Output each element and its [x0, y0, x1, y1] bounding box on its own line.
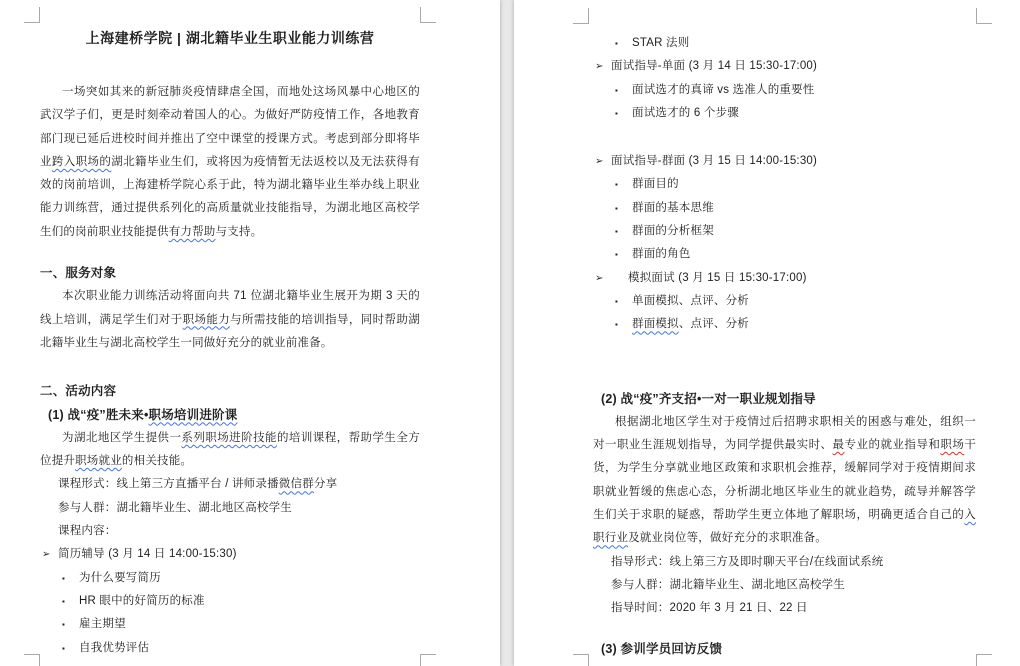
- page-1-content[interactable]: 上海建桥学院 | 湖北籍毕业生职业能力训练营一场突如其来的新冠肺炎疫情肆虐全国，…: [40, 25, 420, 660]
- agenda-item[interactable]: ➢面试指导-单面 (3 月 14 日 15:30-17:00): [593, 55, 976, 78]
- spellcheck-blue-underline: 群面模拟: [632, 318, 679, 330]
- bullet-item[interactable]: ▪雇主期望: [40, 613, 420, 636]
- sub-heading-text: (1) 战“疫”胜未来•职场培训进阶课: [48, 408, 237, 422]
- field-line[interactable]: 课程内容：: [40, 520, 420, 543]
- bullet-item[interactable]: ▪群面目的: [593, 173, 976, 196]
- field-line-text: 课程内容：: [58, 525, 117, 537]
- bullet-item-text: 为什么要写简历: [79, 572, 161, 584]
- paragraph[interactable]: 根据湖北地区学生对于疫情过后招聘求职相关的困惑与难处，组织一对一职业生涯规划指导…: [593, 411, 976, 551]
- sub-heading[interactable]: (3) 参训学员回访反馈: [593, 638, 976, 661]
- agenda-item-text: 模拟面试 (3 月 15 日 15:30-17:00): [628, 272, 807, 284]
- agenda-item[interactable]: ➢面试指导-群面 (3 月 15 日 14:00-15:30): [593, 150, 976, 173]
- sub-heading-text: (2) 战“疫”齐支招•一对一职业规划指导: [601, 392, 816, 406]
- bullet-item[interactable]: ▪为什么要写简历: [40, 567, 420, 590]
- paragraph-text: 一场突如其来的新冠肺炎疫情肆虐全国，而地处这场风暴中心地区的武汉学子们，更是时刻…: [40, 86, 420, 238]
- arrow-bullet-icon: ➢: [42, 543, 51, 566]
- square-bullet-icon: ▪: [62, 567, 65, 590]
- bullet-item-text: 雇主期望: [79, 618, 126, 630]
- section-heading[interactable]: 二、活动内容: [40, 380, 420, 403]
- text-boundary-mark-top-right: [420, 7, 436, 23]
- doc-title-text: 上海建桥学院 | 湖北籍毕业生职业能力训练营: [86, 30, 375, 46]
- agenda-item-text: 面试指导-群面 (3 月 15 日 14:00-15:30): [611, 155, 817, 167]
- bullet-item-text: 群面的角色: [632, 248, 691, 260]
- paragraph-text: 本次职业能力训练活动将面向共 71 位湖北籍毕业生展开为期 3 天的线上培训，满…: [40, 290, 420, 349]
- bullet-item-text: 面试选才的真谛 vs 选准人的重要性: [632, 84, 815, 96]
- bullet-item[interactable]: ▪群面的基本思维: [593, 197, 976, 220]
- text-boundary-mark-bottom-left: [24, 654, 40, 666]
- square-bullet-icon: ▪: [615, 197, 618, 220]
- square-bullet-icon: ▪: [615, 243, 618, 266]
- bullet-item-text: 群面目的: [632, 178, 679, 190]
- spellcheck-blue-underline: 职场能力: [183, 314, 231, 326]
- bullet-item-text: 单面模拟、点评、分析: [632, 295, 749, 307]
- section-heading-text: 一、服务对象: [40, 266, 116, 280]
- spellcheck-red-underline: 最: [833, 439, 845, 451]
- field-line-text: 指导形式：线上第三方及即时聊天平台/在线面试系统: [611, 556, 884, 568]
- paragraph[interactable]: 本次职业能力训练活动将面向共 71 位湖北籍毕业生展开为期 3 天的线上培训，满…: [40, 285, 420, 355]
- page-1[interactable]: 上海建桥学院 | 湖北籍毕业生职业能力训练营一场突如其来的新冠肺炎疫情肆虐全国，…: [0, 0, 500, 666]
- section-heading-text: 二、活动内容: [40, 384, 116, 398]
- field-line-text: 参与人群：湖北籍毕业生、湖北地区高校学生: [611, 579, 845, 591]
- bullet-item[interactable]: ▪群面的角色: [593, 243, 976, 266]
- field-line[interactable]: 课程形式：线上第三方直播平台 / 讲师录播微信群分享: [40, 473, 420, 496]
- text-boundary-mark-bottom-right: [976, 654, 992, 666]
- agenda-item[interactable]: ➢简历辅导 (3 月 14 日 14:00-15:30): [40, 543, 420, 566]
- paragraph[interactable]: 一场突如其来的新冠肺炎疫情肆虐全国，而地处这场风暴中心地区的武汉学子们，更是时刻…: [40, 81, 420, 244]
- spellcheck-blue-underline: 系列职场进阶技能: [181, 432, 277, 444]
- field-line-text: 指导时间：2020 年 3 月 21 日、22 日: [611, 602, 808, 614]
- spellcheck-blue-underline: 入职行业: [593, 509, 976, 544]
- paragraph[interactable]: 为湖北地区学生提供一系列职场进阶技能的培训课程，帮助学生全方位提升职场就业的相关…: [40, 427, 420, 474]
- field-line[interactable]: 指导形式：线上第三方及即时聊天平台/在线面试系统: [593, 551, 976, 574]
- section-heading[interactable]: 一、服务对象: [40, 262, 420, 285]
- bullet-item-text: HR 眼中的好简历的标准: [79, 595, 205, 607]
- bullet-item-text: STAR 法则: [632, 37, 689, 49]
- text-boundary-mark-bottom-left: [573, 654, 589, 666]
- bullet-item-text: 自我优势评估: [79, 642, 149, 654]
- field-line[interactable]: 指导时间：2020 年 3 月 21 日、22 日: [593, 597, 976, 620]
- spellcheck-blue-underline: 跨入职场的: [52, 156, 111, 168]
- text-boundary-mark-top-left: [24, 7, 40, 23]
- spellcheck-blue-underline: 职场培训进阶课: [149, 408, 238, 422]
- arrow-bullet-icon: ➢: [595, 267, 604, 290]
- square-bullet-icon: ▪: [615, 290, 618, 313]
- field-line[interactable]: 参与人群：湖北籍毕业生、湖北地区高校学生: [40, 497, 420, 520]
- bullet-item-text: 群面的基本思维: [632, 202, 714, 214]
- square-bullet-icon: ▪: [62, 590, 65, 613]
- arrow-bullet-icon: ➢: [595, 150, 604, 173]
- bullet-item-text: 群面模拟、点评、分析: [632, 318, 749, 330]
- doc-title[interactable]: 上海建桥学院 | 湖北籍毕业生职业能力训练营: [40, 25, 420, 51]
- text-boundary-mark-top-right: [976, 8, 992, 24]
- field-line-text: 参与人群：湖北籍毕业生、湖北地区高校学生: [58, 502, 292, 514]
- sub-heading-text: (3) 参训学员回访反馈: [601, 642, 722, 656]
- square-bullet-icon: ▪: [615, 173, 618, 196]
- paragraph-text: 根据湖北地区学生对于疫情过后招聘求职相关的困惑与难处，组织一对一职业生涯规划指导…: [593, 416, 976, 544]
- spellcheck-blue-underline: 职场就业: [75, 455, 122, 467]
- square-bullet-icon: ▪: [615, 313, 618, 336]
- agenda-item-text: 简历辅导 (3 月 14 日 14:00-15:30): [58, 548, 237, 560]
- bullet-item[interactable]: ▪HR 眼中的好简历的标准: [40, 590, 420, 613]
- page-2[interactable]: ▪STAR 法则➢面试指导-单面 (3 月 14 日 15:30-17:00)▪…: [514, 0, 1020, 666]
- field-line-text: 课程形式：线上第三方直播平台 / 讲师录播微信群分享: [58, 478, 337, 490]
- spellcheck-blue-underline: 有力帮助: [169, 226, 216, 238]
- bullet-item[interactable]: ▪自我优势评估: [40, 637, 420, 660]
- square-bullet-icon: ▪: [615, 32, 618, 55]
- sub-heading[interactable]: (2) 战“疫”齐支招•一对一职业规划指导: [593, 388, 976, 411]
- paragraph-text: 为湖北地区学生提供一系列职场进阶技能的培训课程，帮助学生全方位提升职场就业的相关…: [40, 432, 420, 467]
- bullet-item[interactable]: ▪群面模拟、点评、分析: [593, 313, 976, 336]
- spellcheck-red-underline: 职场: [940, 439, 964, 451]
- agenda-item[interactable]: ➢模拟面试 (3 月 15 日 15:30-17:00): [593, 267, 976, 290]
- page-2-content[interactable]: ▪STAR 法则➢面试指导-单面 (3 月 14 日 15:30-17:00)▪…: [593, 32, 976, 661]
- text-boundary-mark-top-left: [573, 8, 589, 24]
- spellcheck-blue-underline: 微信群: [279, 478, 314, 490]
- square-bullet-icon: ▪: [615, 220, 618, 243]
- bullet-item[interactable]: ▪群面的分析框架: [593, 220, 976, 243]
- bullet-item[interactable]: ▪面试选才的 6 个步骤: [593, 102, 976, 125]
- document-canvas: 上海建桥学院 | 湖北籍毕业生职业能力训练营一场突如其来的新冠肺炎疫情肆虐全国，…: [0, 0, 1020, 666]
- square-bullet-icon: ▪: [62, 613, 65, 636]
- bullet-item-text: 面试选才的 6 个步骤: [632, 107, 739, 119]
- bullet-item[interactable]: ▪单面模拟、点评、分析: [593, 290, 976, 313]
- arrow-bullet-icon: ➢: [595, 55, 604, 78]
- text-boundary-mark-bottom-right: [420, 654, 436, 666]
- bullet-item[interactable]: ▪STAR 法则: [593, 32, 976, 55]
- square-bullet-icon: ▪: [615, 79, 618, 102]
- agenda-item-text: 面试指导-单面 (3 月 14 日 15:30-17:00): [611, 60, 817, 72]
- bullet-item[interactable]: ▪面试选才的真谛 vs 选准人的重要性: [593, 79, 976, 102]
- sub-heading[interactable]: (1) 战“疫”胜未来•职场培训进阶课: [40, 404, 420, 427]
- bullet-item-text: 群面的分析框架: [632, 225, 714, 237]
- square-bullet-icon: ▪: [62, 637, 65, 660]
- field-line[interactable]: 参与人群：湖北籍毕业生、湖北地区高校学生: [593, 574, 976, 597]
- square-bullet-icon: ▪: [615, 102, 618, 125]
